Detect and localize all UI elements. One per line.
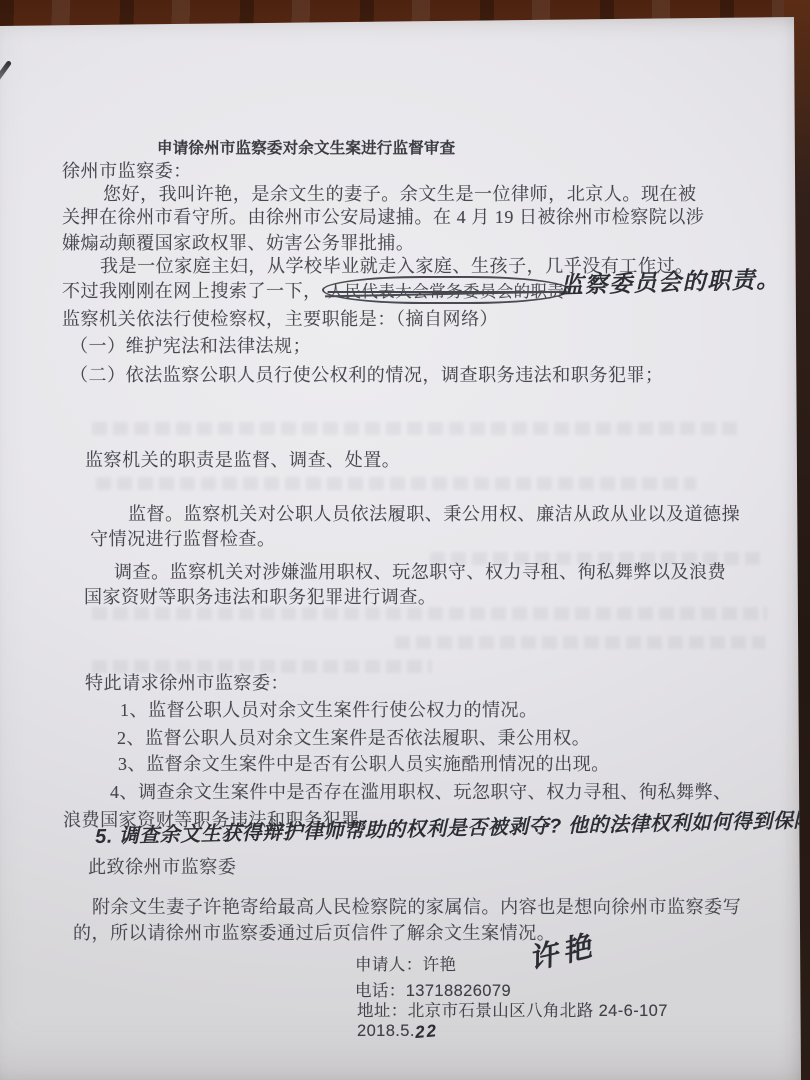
struck-text: 人民代表大会常务委员会的职责 <box>322 276 571 304</box>
attachment-line: 的，所以请徐州市监察委通过后页信件了解余文生案情况。 <box>73 919 555 945</box>
duties-summary-line: 监察机关的职责是监督、调查、处置。 <box>85 446 400 472</box>
document-title: 申请徐州市监察委对余文生案进行监督审查 <box>157 136 455 158</box>
applicant-line: 申请人：许艳 <box>355 951 456 975</box>
address-line: 地址：北京市石景山区八角北路 24-6-107 <box>357 997 668 1021</box>
date-handwritten: 22 <box>414 1021 439 1043</box>
bleedthrough-text-ghost <box>395 636 765 649</box>
bleedthrough-text-ghost <box>96 477 696 490</box>
duty-investigate-line: 调查。监察机关对涉嫌滥用职权、玩忽职守、权力寻租、徇私舞弊以及浪费 <box>114 558 726 584</box>
function-item-line: （一）维护宪法和法律法规； <box>70 332 311 358</box>
functions-intro-line: 监察机关依法行使检察权，主要职能是：（摘自网络） <box>62 305 498 331</box>
body-line: 关押在徐州市看守所。由徐州市公安局逮捕。在 4 月 19 日被徐州市检察院以涉 <box>62 203 704 229</box>
closing-line: 此致徐州市监察委 <box>88 853 236 879</box>
handwritten-correction: 监察委员会的职责。 <box>560 261 781 300</box>
request-item-line: 2、监督公职人员对余文生案件是否依法履职、秉公用权。 <box>117 724 590 750</box>
date-printed: 2018.5. <box>357 1022 415 1040</box>
request-item-line: 3、监督余文生案件中是否有公职人员实施酷刑情况的出现。 <box>118 750 610 776</box>
duty-investigate-line: 国家资财等职务违法和职务犯罪进行调查。 <box>84 583 436 609</box>
request-heading-line: 特此请求徐州市监察委： <box>85 669 289 695</box>
function-item-line: （二）依法监察公职人员行使公权利的情况，调查职务违法和职务犯罪； <box>70 361 664 387</box>
duty-supervise-line: 监督。监察机关对公职人员依法履职、秉公用权、廉洁从政从业以及道德操 <box>128 500 740 526</box>
request-item-line: 1、监督公职人员对余文生案件行使公权力的情况。 <box>120 696 538 722</box>
duty-supervise-line: 守情况进行监督检查。 <box>90 525 276 551</box>
document-paper: 申请徐州市监察委对余文生案进行监督审查 徐州市监察委： 您好，我叫许艳，是余文生… <box>0 0 810 1080</box>
attachment-line: 附余文生妻子许艳寄给最高人民检察院的家属信。内容也是想向徐州市监察委写 <box>92 893 741 919</box>
date-line: 2018.5.22 <box>357 1021 438 1041</box>
bleedthrough-text-ghost <box>92 422 742 435</box>
request-item-line: 4、调查余文生案件中是否存在滥用职权、玩忽职守、权力寻租、徇私舞弊、 <box>110 778 732 804</box>
search-result-line: 不过我刚刚在网上搜索了一下，人民代表大会常务委员会的职责 <box>62 276 570 304</box>
search-line-prefix: 不过我刚刚在网上搜索了一下， <box>62 281 322 301</box>
